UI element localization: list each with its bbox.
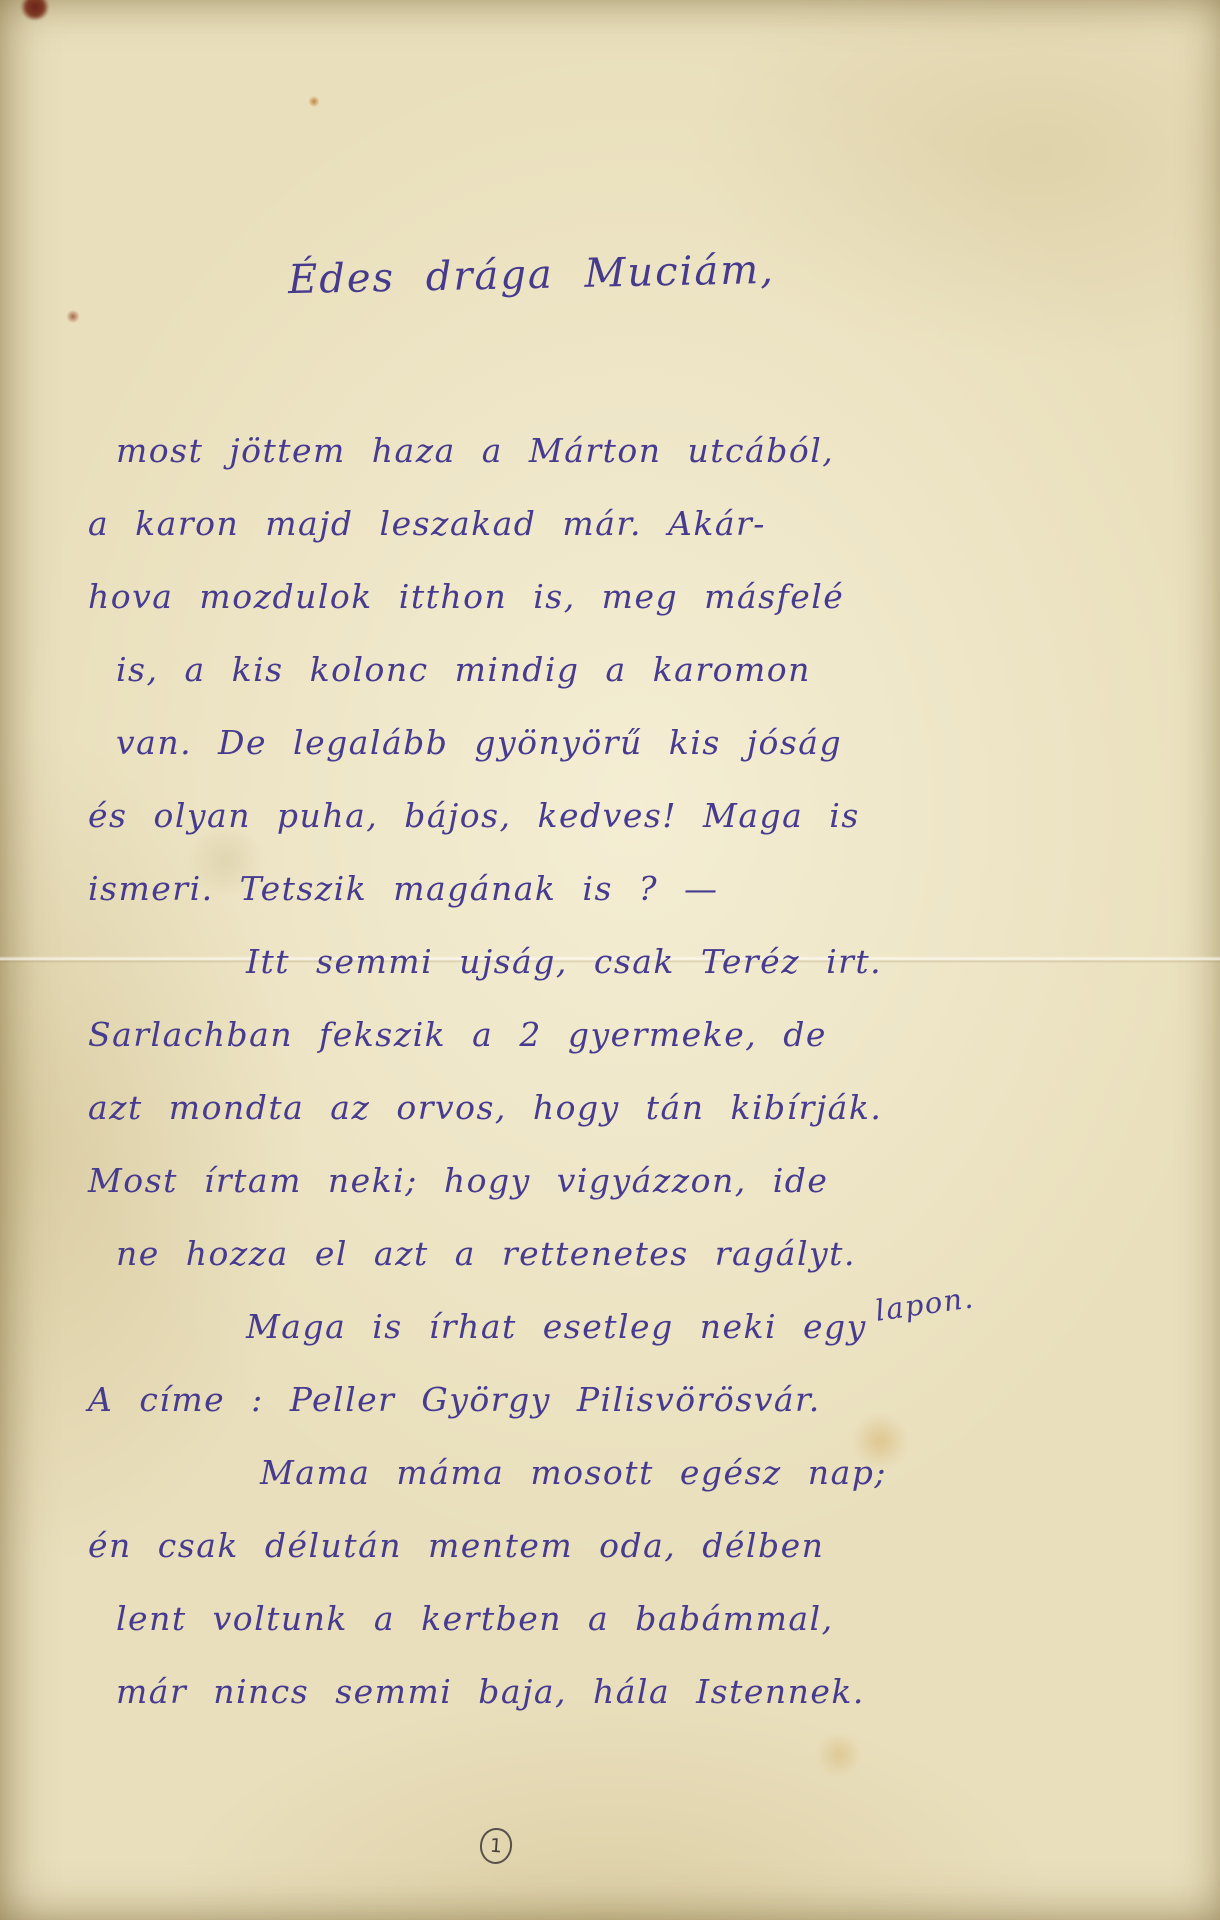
page-number: 1 bbox=[489, 1835, 503, 1858]
letter-line: már nincs semmi baja, hála Istennek. bbox=[116, 1655, 1160, 1728]
letter-line: lent voltunk a kertben a babámmal, bbox=[116, 1582, 1160, 1655]
letter-line: én csak délután mentem oda, délben bbox=[88, 1509, 1160, 1582]
letter-line: Most írtam neki; hogy vigyázzon, ide bbox=[88, 1144, 1160, 1217]
letter-line: van. De legalább gyönyörű kis jóság bbox=[116, 706, 1160, 779]
letter-line: Itt semmi ujság, csak Teréz irt. bbox=[246, 925, 1160, 998]
letter-line: azt mondta az orvos, hogy tán kibírják. bbox=[88, 1071, 1160, 1144]
raised-word: lapon. bbox=[870, 1261, 979, 1347]
letter-line: Sarlachban fekszik a 2 gyermeke, de bbox=[88, 998, 1160, 1071]
paper-spot bbox=[308, 96, 320, 107]
letter-line: Mama máma mosott egész nap; bbox=[260, 1436, 1160, 1509]
letter-line: ismeri. Tetszik magának is ? — bbox=[88, 852, 1160, 925]
paper-spot bbox=[66, 310, 80, 323]
ink-stain-top-left bbox=[20, 0, 50, 20]
letter-line: A címe : Peller György Pilisvörösvár. bbox=[88, 1363, 1160, 1436]
salutation: Édes drága Muciám, bbox=[288, 247, 776, 303]
letter-line: a karon majd leszakad már. Akár- bbox=[88, 487, 1160, 560]
letter-line: Maga is írhat esetleg neki egylapon. bbox=[246, 1290, 1160, 1363]
letter-line: is, a kis kolonc mindig a karomon bbox=[116, 633, 1160, 706]
letter-line: ne hozza el azt a rettenetes ragályt. bbox=[116, 1217, 1160, 1290]
letter-line: hova mozdulok itthon is, meg másfelé bbox=[88, 560, 1160, 633]
letter-line: most jöttem haza a Márton utcából, bbox=[116, 414, 1160, 487]
letter-body: most jöttem haza a Márton utcából, a kar… bbox=[88, 414, 1160, 1728]
letter-page: Édes drága Muciám, most jöttem haza a Má… bbox=[0, 0, 1220, 1920]
letter-line: és olyan puha, bájos, kedves! Maga is bbox=[88, 779, 1160, 852]
page-number-circle: 1 bbox=[479, 1827, 513, 1865]
letter-line-text: Maga is írhat esetleg neki egy bbox=[246, 1307, 867, 1346]
paper-stain bbox=[815, 1735, 863, 1775]
